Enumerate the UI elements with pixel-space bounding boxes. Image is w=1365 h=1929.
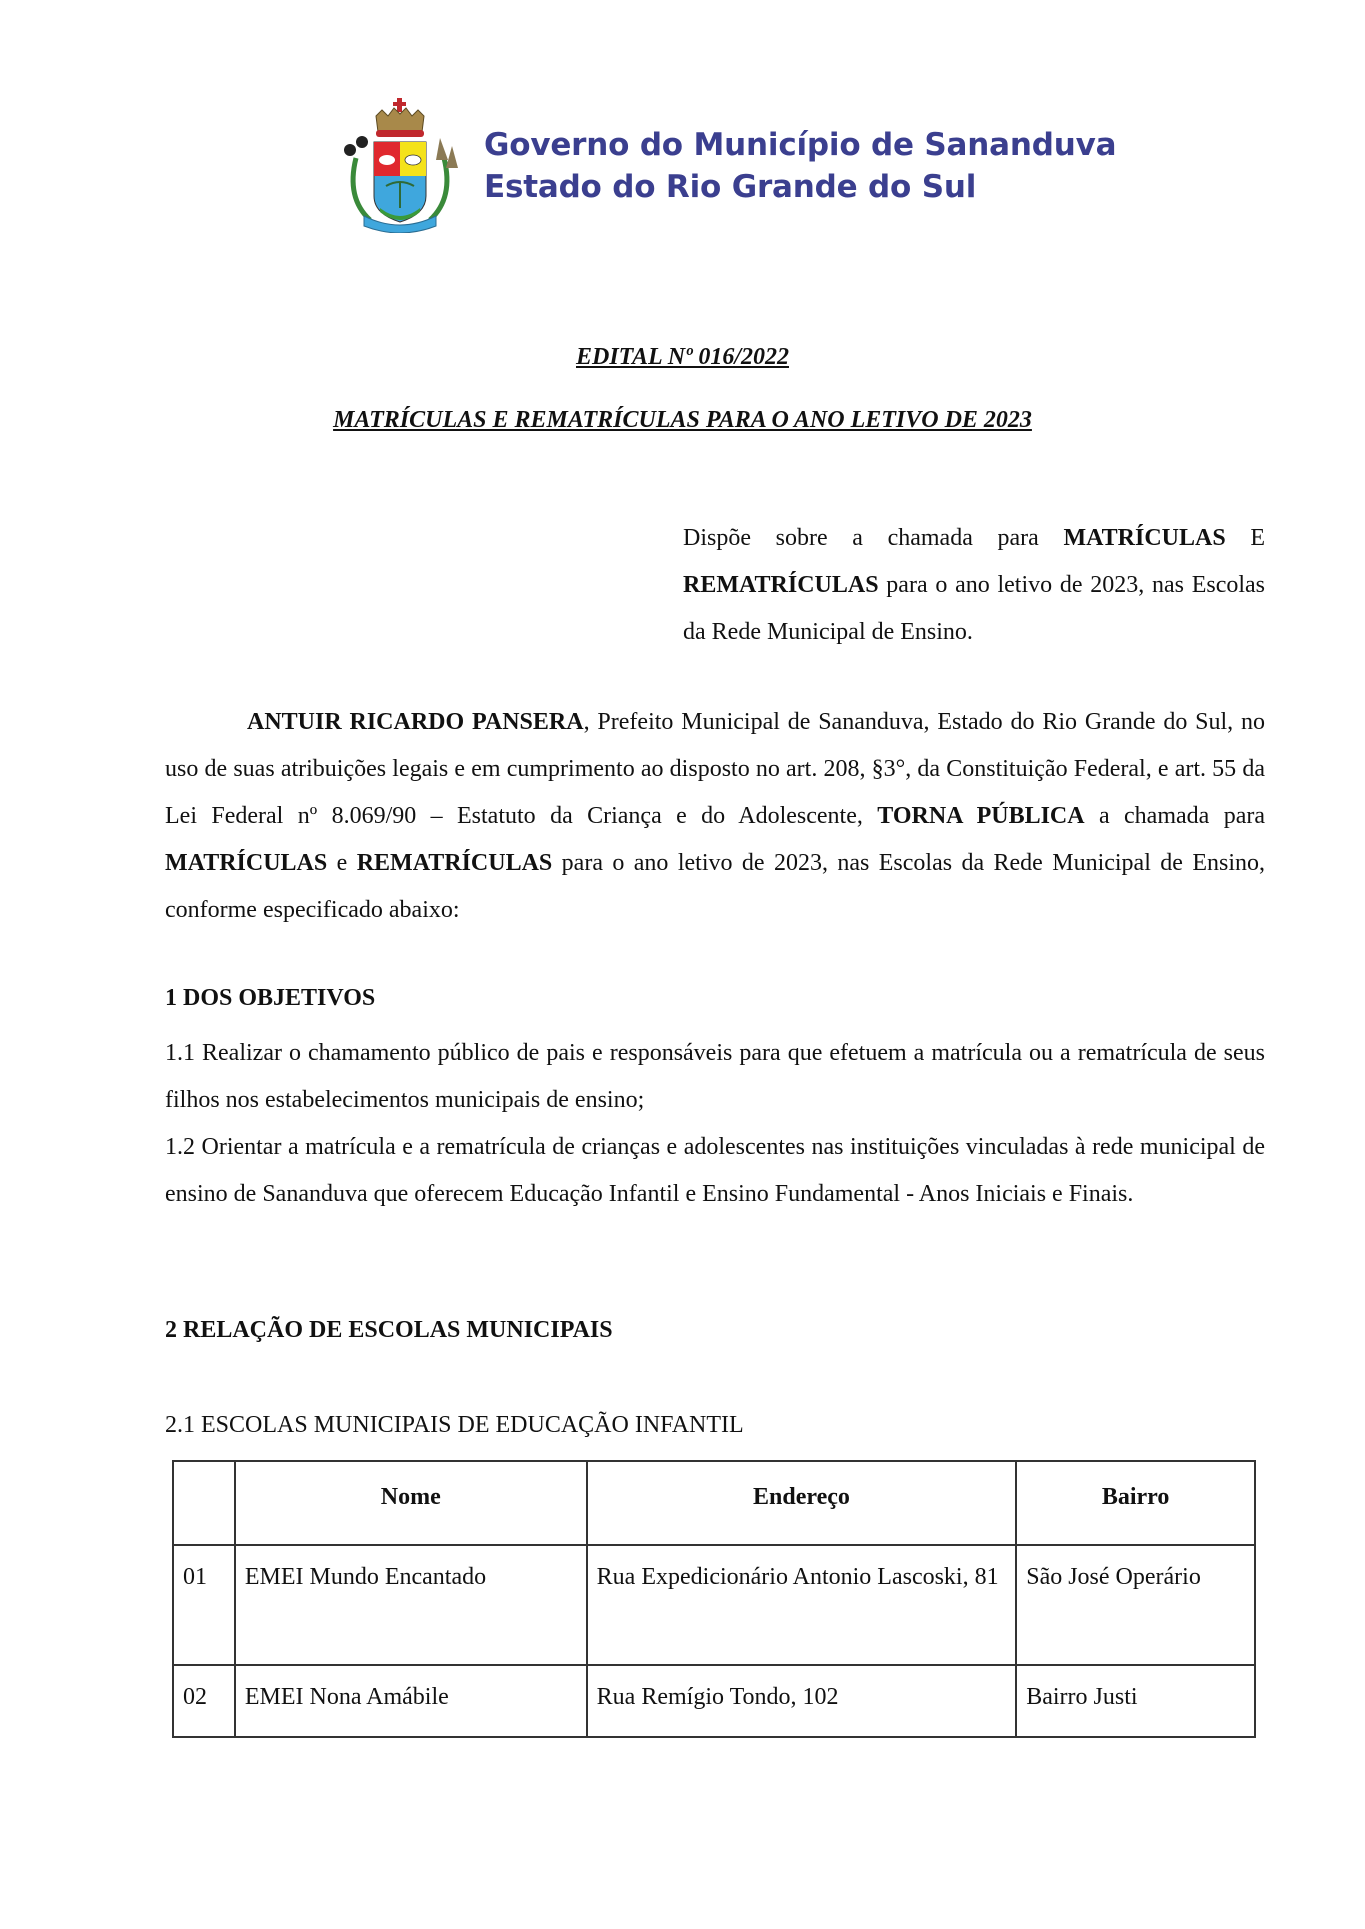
intro-bold: TORNA PÚBLICA bbox=[877, 803, 1084, 829]
section-1-body: 1.1 Realizar o chamamento público de pai… bbox=[165, 1030, 1265, 1218]
ementa-bold: REMATRÍCULAS bbox=[683, 572, 879, 598]
ementa-paragraph: Dispõe sobre a chamada para MATRÍCULAS E… bbox=[683, 515, 1265, 656]
section-1-heading: 1 DOS OBJETIVOS bbox=[165, 985, 375, 1012]
letterhead-text: Governo do Município de Sananduva Estado… bbox=[484, 124, 1116, 208]
mayor-name: ANTUIR RICARDO PANSERA bbox=[247, 709, 584, 735]
intro-text: e bbox=[327, 850, 356, 876]
table-row: 01 EMEI Mundo Encantado Rua Expedicionár… bbox=[173, 1545, 1255, 1665]
header-number bbox=[173, 1461, 235, 1545]
schools-table: Nome Endereço Bairro 01 EMEI Mundo Encan… bbox=[172, 1460, 1256, 1738]
table-header-row: Nome Endereço Bairro bbox=[173, 1461, 1255, 1545]
cell-name: EMEI Mundo Encantado bbox=[235, 1545, 587, 1665]
objective-1-1: 1.1 Realizar o chamamento público de pai… bbox=[165, 1030, 1265, 1124]
objective-1-2: 1.2 Orientar a matrícula e a rematrícula… bbox=[165, 1124, 1265, 1218]
cell-number: 01 bbox=[173, 1545, 235, 1665]
cell-address: Rua Expedicionário Antonio Lascoski, 81 bbox=[587, 1545, 1017, 1665]
intro-bold: MATRÍCULAS bbox=[165, 850, 327, 876]
edital-number-title: EDITAL Nº 016/2022 bbox=[0, 344, 1365, 371]
cell-address: Rua Remígio Tondo, 102 bbox=[587, 1665, 1017, 1737]
edital-subject-title: MATRÍCULAS E REMATRÍCULAS PARA O ANO LET… bbox=[0, 407, 1365, 434]
ementa-text: E bbox=[1226, 525, 1265, 551]
cell-number: 02 bbox=[173, 1665, 235, 1737]
state-name: Estado do Rio Grande do Sul bbox=[484, 166, 1116, 208]
document-page: Governo do Município de Sananduva Estado… bbox=[0, 0, 1365, 1929]
intro-text: a chamada para bbox=[1085, 803, 1265, 829]
ementa-text: Dispõe sobre a chamada para bbox=[683, 525, 1063, 551]
section-2-1-heading: 2.1 ESCOLAS MUNICIPAIS DE EDUCAÇÃO INFAN… bbox=[165, 1412, 744, 1439]
header-neighborhood: Bairro bbox=[1016, 1461, 1255, 1545]
section-2-heading: 2 RELAÇÃO DE ESCOLAS MUNICIPAIS bbox=[165, 1317, 613, 1344]
ementa-bold: MATRÍCULAS bbox=[1063, 525, 1225, 551]
cell-name: EMEI Nona Amábile bbox=[235, 1665, 587, 1737]
letterhead: Governo do Município de Sananduva Estado… bbox=[336, 98, 1116, 233]
coat-of-arms-icon bbox=[336, 98, 464, 233]
intro-paragraph: ANTUIR RICARDO PANSERA, Prefeito Municip… bbox=[165, 699, 1265, 934]
government-name: Governo do Município de Sananduva bbox=[484, 124, 1116, 166]
table-row: 02 EMEI Nona Amábile Rua Remígio Tondo, … bbox=[173, 1665, 1255, 1737]
header-address: Endereço bbox=[587, 1461, 1017, 1545]
intro-bold: REMATRÍCULAS bbox=[357, 850, 553, 876]
cell-neighborhood: Bairro Justi bbox=[1016, 1665, 1255, 1737]
cell-neighborhood: São José Operário bbox=[1016, 1545, 1255, 1665]
header-name: Nome bbox=[235, 1461, 587, 1545]
